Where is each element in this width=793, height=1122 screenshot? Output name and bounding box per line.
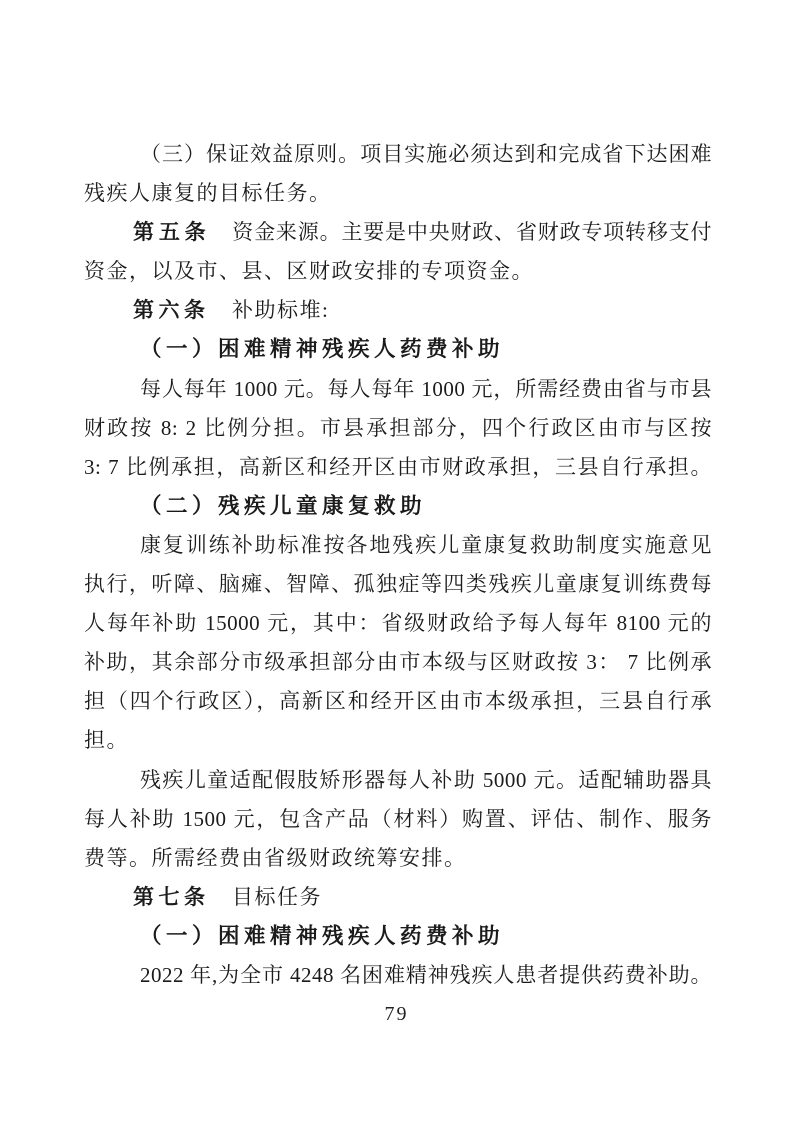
text-line: 财政按 8: 2 比例分担。市县承担部分，四个行政区由市与区按 (84, 409, 712, 448)
text-run: 2022 年,为全市 4248 名困难精神残疾人患者提供药费补助。 (140, 963, 712, 987)
text-run: 残疾儿童适配假肢矫形器每人补助 5000 元。适配辅助器具 (140, 768, 712, 792)
text-line: （二）残疾儿童康复救助 (84, 487, 712, 526)
text-run: （三）保证效益原则。项目实施必须达到和完成省下达困难 (140, 142, 712, 166)
text-run: 费等。所需经费由省级财政统筹安排。 (84, 846, 467, 870)
text-line: 残疾儿童适配假肢矫形器每人补助 5000 元。适配辅助器具 (84, 761, 712, 800)
text-line: 人每年补助 15000 元，其中：省级财政给予每人每年 8100 元的 (84, 604, 712, 643)
text-run: 每人每年 1000 元。每人每年 1000 元，所需经费由省与市县 (140, 377, 712, 401)
text-run: 资金，以及市、县、区财政安排的专项资金。 (84, 259, 534, 283)
bold-text-run: （一）困难精神残疾人药费补助 (140, 337, 504, 361)
text-run: 担。 (84, 728, 129, 752)
text-line: 费等。所需经费由省级财政统筹安排。 (84, 839, 712, 878)
text-run: 残疾人康复的目标任务。 (84, 181, 332, 205)
text-line: （三）保证效益原则。项目实施必须达到和完成省下达困难 (84, 135, 712, 174)
bold-text-run: （二）残疾儿童康复救助 (140, 494, 426, 518)
text-line: 每人补助 1500 元，包含产品（材料）购置、评估、制作、服务 (84, 800, 712, 839)
text-line: 每人每年 1000 元。每人每年 1000 元，所需经费由省与市县 (84, 370, 712, 409)
text-run: 每人补助 1500 元，包含产品（材料）购置、评估、制作、服务 (84, 807, 712, 831)
text-line: 执行，听障、脑瘫、智障、孤独症等四类残疾儿童康复训练费每 (84, 565, 712, 604)
text-line: （一）困难精神残疾人药费补助 (84, 330, 712, 369)
text-line: 残疾人康复的目标任务。 (84, 174, 712, 213)
text-run: 补助标堆: (210, 298, 330, 322)
text-line: 担。 (84, 721, 712, 760)
text-run: 康复训练补助标准按各地残疾儿童康复救助制度实施意见 (140, 533, 712, 557)
text-line: 资金，以及市、县、区财政安排的专项资金。 (84, 252, 712, 291)
bold-text-run: （一）困难精神残疾人药费补助 (140, 924, 504, 948)
text-run: 财政按 8: 2 比例分担。市县承担部分，四个行政区由市与区按 (84, 416, 712, 440)
text-line: 康复训练补助标准按各地残疾儿童康复救助制度实施意见 (84, 526, 712, 565)
text-line: 第五条 资金来源。主要是中央财政、省财政专项转移支付 (84, 213, 712, 252)
bold-text-run: 第七条 (133, 885, 210, 909)
text-line: （一）困难精神残疾人药费补助 (84, 917, 712, 956)
text-line: 第六条 补助标堆: (84, 291, 712, 330)
text-line: 补助，其余部分市级承担部分由市本级与区财政按 3： 7 比例承 (84, 643, 712, 682)
text-run: 资金来源。主要是中央财政、省财政专项转移支付 (210, 220, 712, 244)
bold-text-run: 第六条 (133, 298, 210, 322)
text-line: 3: 7 比例承担，高新区和经开区由市财政承担，三县自行承担。 (84, 448, 712, 487)
bold-text-run: 第五条 (133, 220, 210, 244)
text-run: 目标任务 (210, 885, 323, 909)
text-run: 人每年补助 15000 元，其中：省级财政给予每人每年 8100 元的 (84, 611, 712, 635)
text-line: 第七条 目标任务 (84, 878, 712, 917)
text-line: 2022 年,为全市 4248 名困难精神残疾人患者提供药费补助。 (84, 956, 712, 995)
text-line: 担（四个行政区），高新区和经开区由市本级承担，三县自行承 (84, 682, 712, 721)
text-run: 3: 7 比例承担，高新区和经开区由市财政承担，三县自行承担。 (84, 455, 712, 479)
text-block: （三）保证效益原则。项目实施必须达到和完成省下达困难残疾人康复的目标任务。第五条… (84, 135, 712, 995)
text-run: 补助，其余部分市级承担部分由市本级与区财政按 3： 7 比例承 (84, 650, 712, 674)
document-page: （三）保证效益原则。项目实施必须达到和完成省下达困难残疾人康复的目标任务。第五条… (0, 0, 793, 1122)
page-number: 79 (0, 1003, 793, 1026)
text-run: 担（四个行政区），高新区和经开区由市本级承担，三县自行承 (84, 689, 712, 713)
text-run: 执行，听障、脑瘫、智障、孤独症等四类残疾儿童康复训练费每 (84, 572, 712, 596)
